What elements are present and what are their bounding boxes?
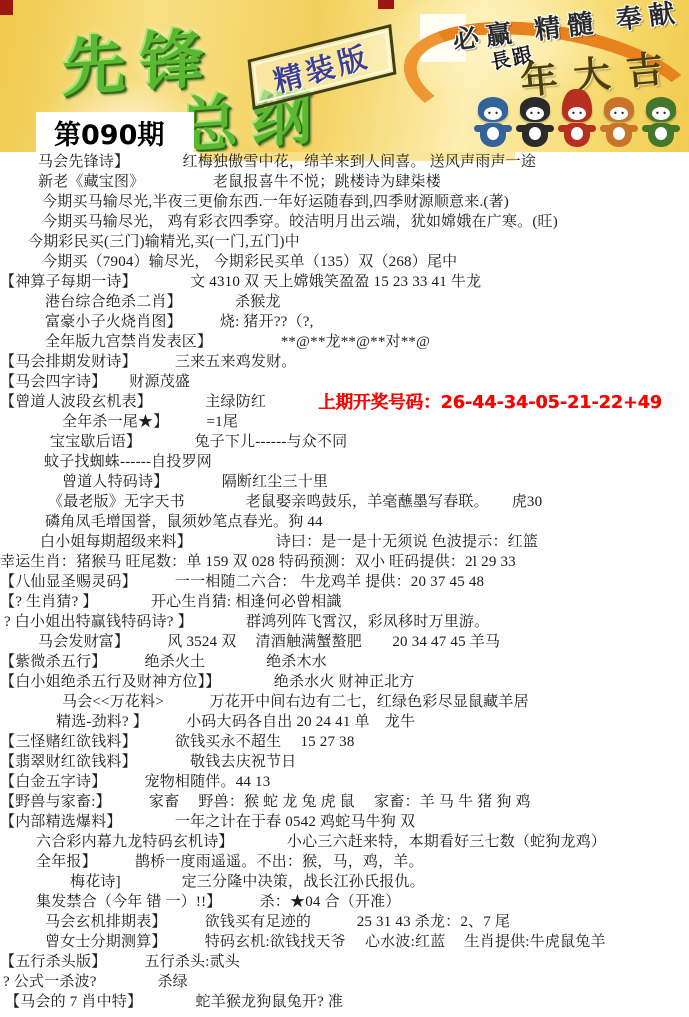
issue-label: 第090期 — [36, 112, 194, 152]
text-line-21: 幸运生肖：猪猴马 旺尾数：单 159 双 028 特码预测：双小 旺码提供：2l… — [0, 552, 689, 572]
text-line-22: 【八仙显圣赐灵码】 一一相随二六合： 牛龙鸡羊 提供：20 37 45 48 — [0, 572, 689, 592]
text-line-39: 马会玄机排期表】 欲钱买有足迹的 25 31 43 杀龙：2、7 尾 — [0, 912, 689, 932]
text-line-9: 富豪小子火烧肖图】 烧: 猪开??（?, — [0, 312, 689, 332]
fuwa-jingjing-icon — [517, 100, 553, 156]
fuwa-huanhuan-face — [568, 107, 586, 120]
premium-edition-badge-label: 精装版 — [269, 33, 374, 100]
corner-red-block-mid — [378, 0, 394, 9]
text-line-41: 【五行杀头版】 五行杀头:贰头 — [0, 952, 689, 972]
text-line-14: 全年杀一尾★】 =1尾 — [0, 412, 689, 432]
text-line-36: 全年报】 鹊桥一度雨遥遥。不出：猴，马，鸡，羊。 — [0, 852, 689, 872]
text-line-17: 曾道人特码诗】 隔断红尘三十里 — [0, 472, 689, 492]
text-line-3: 今期买马输尽光,半夜三更偷东西.一年好运随春到,四季财源顺意来.(著) — [0, 192, 689, 212]
text-line-10: 全年版九宫禁肖发表区】 **@**龙**@**对**@ — [0, 332, 689, 352]
fuwa-yingying-face — [610, 107, 628, 120]
text-line-11: 【马会排期发财诗】 三来五来鸡发财。 — [0, 352, 689, 372]
fuwa-mascots — [475, 92, 679, 156]
fuwa-nini-body — [648, 123, 674, 147]
fuwa-huanhuan-icon — [559, 92, 595, 156]
fuwa-nini-face — [652, 107, 670, 120]
fuwa-beibei-face — [484, 107, 502, 120]
text-line-24: ? 白小姐出特赢钱特码诗? 】 群鸿列阵飞霄汉，彩凤移时万里游。 — [0, 612, 689, 632]
text-line-18: 《最老版》无字天书 老鼠娶亲鸣鼓乐，羊毫蘸墨写春联。 虎30 — [0, 492, 689, 512]
text-line-33: 【野兽与家畜:】 家畜 野兽：猴 蛇 龙 兔 虎 鼠 家畜：羊 马 牛 猪 狗 … — [0, 792, 689, 812]
fuwa-jingjing-face — [526, 107, 544, 120]
content-lines: 马会先锋诗】 红梅独傲雪中花，绵羊来到人间喜。 送风声雨声一途新老《藏宝图》 老… — [0, 152, 689, 1012]
text-line-16: 蚊子找蜘蛛------自投罗网 — [0, 452, 689, 472]
fuwa-beibei-icon — [475, 100, 511, 156]
text-line-38: 集发禁合（今年 错 一）!!】 杀：★04 合（开准） — [0, 892, 689, 912]
page: { "header": { "issue": "第090期", "title_l… — [0, 0, 689, 1017]
text-line-19: 磷角凤毛增国誉，鼠须妙笔点春光。狗 44 — [0, 512, 689, 532]
text-line-7: 【神算子每期一诗】 文 4310 双 天上嫦娥笑盈盈 15 23 33 41 牛… — [0, 272, 689, 292]
text-line-34: 【内部精选爆料】 一年之计在于春 0542 鸡蛇马牛狗 双 — [0, 812, 689, 832]
text-line-37: 梅花诗] 定三分隆中决策，战长江孙氏报仇。 — [0, 872, 689, 892]
fuwa-nini-icon — [643, 100, 679, 156]
text-line-43: 【马会的 7 肖中特】 蛇羊猴龙狗鼠兔开? 准 — [0, 992, 689, 1012]
text-line-29: 精选-劲料? 】 小码大码各自出 20 24 41 单 龙牛 — [0, 712, 689, 732]
fuwa-yingying-body — [606, 123, 632, 147]
prev-draw-number: 上期开奖号码：26-44-34-05-21-22+49 — [318, 389, 689, 414]
fuwa-yingying-icon — [601, 100, 637, 156]
text-line-20: 白小姐每期超级来料】 诗曰：是一是十无须说 色波提示：红篮 — [0, 532, 689, 552]
text-line-32: 【白金五字诗】 宠物相随伴。44 13 — [0, 772, 689, 792]
text-line-40: 曾女士分期测算】 特码玄机:欲钱找天爷 心水波:红蓝 生肖提供:牛虎鼠兔羊 — [0, 932, 689, 952]
text-line-5: 今期彩民买(三门)输精光,买(一门,五门)中 — [0, 232, 689, 252]
fuwa-jingjing-body — [522, 123, 548, 147]
text-line-31: 【翡翠财红欲钱料】 敬钱去庆祝节日 — [0, 752, 689, 772]
text-line-42: ? 公式一杀波? 杀绿 — [0, 972, 689, 992]
text-line-15: 宝宝歇后语】 兔子下儿------与众不同 — [0, 432, 689, 452]
text-line-4: 今期买马输尽光， 鸡有彩衣四季穿。皎洁明月出云端，犹如嫦娥在广寒。(旺) — [0, 212, 689, 232]
text-line-1: 马会先锋诗】 红梅独傲雪中花，绵羊来到人间喜。 送风声雨声一途 — [0, 152, 689, 172]
text-line-26: 【紫微杀五行】 绝杀火土 绝杀木水 — [0, 652, 689, 672]
fuwa-huanhuan-body — [564, 123, 590, 147]
text-line-28: 马会<<万花料> 万花开中间右边有二七，红绿色彩尽显鼠藏羊居 — [0, 692, 689, 712]
text-line-25: 马会发财富】 风 3524 双 清酒触满蟹螯肥 20 34 47 45 羊马 — [0, 632, 689, 652]
text-line-30: 【三怪赌红欲钱料】 欲钱买永不超生 15 27 38 — [0, 732, 689, 752]
corner-red-block-left — [0, 0, 13, 15]
header-banner: 先锋 总纲 精装版 必赢 精髓 奉献 長跟 年大吉 第090期 — [0, 0, 689, 152]
text-line-2: 新老《藏宝图》 老鼠报喜牛不悦；跳楼诗为肆柒楼 — [0, 172, 689, 192]
text-line-27: 【白小姐绝杀五行及财神方位】】 绝杀水火 财神正北方 — [0, 672, 689, 692]
fuwa-beibei-body — [480, 123, 506, 147]
text-line-35: 六合彩内幕九龙特码玄机诗】 小心三六赶来特，本期看好三七数（蛇狗龙鸡） — [0, 832, 689, 852]
text-line-23: 【? 生肖猜? 】 开心生肖猜: 相逢何必曾相識 — [0, 592, 689, 612]
text-line-6: 今期买（7904）输尽光， 今期彩民买单（135）双（268）尾中 — [0, 252, 689, 272]
text-line-8: 港台综合绝杀二肖】 杀猴龙 — [0, 292, 689, 312]
